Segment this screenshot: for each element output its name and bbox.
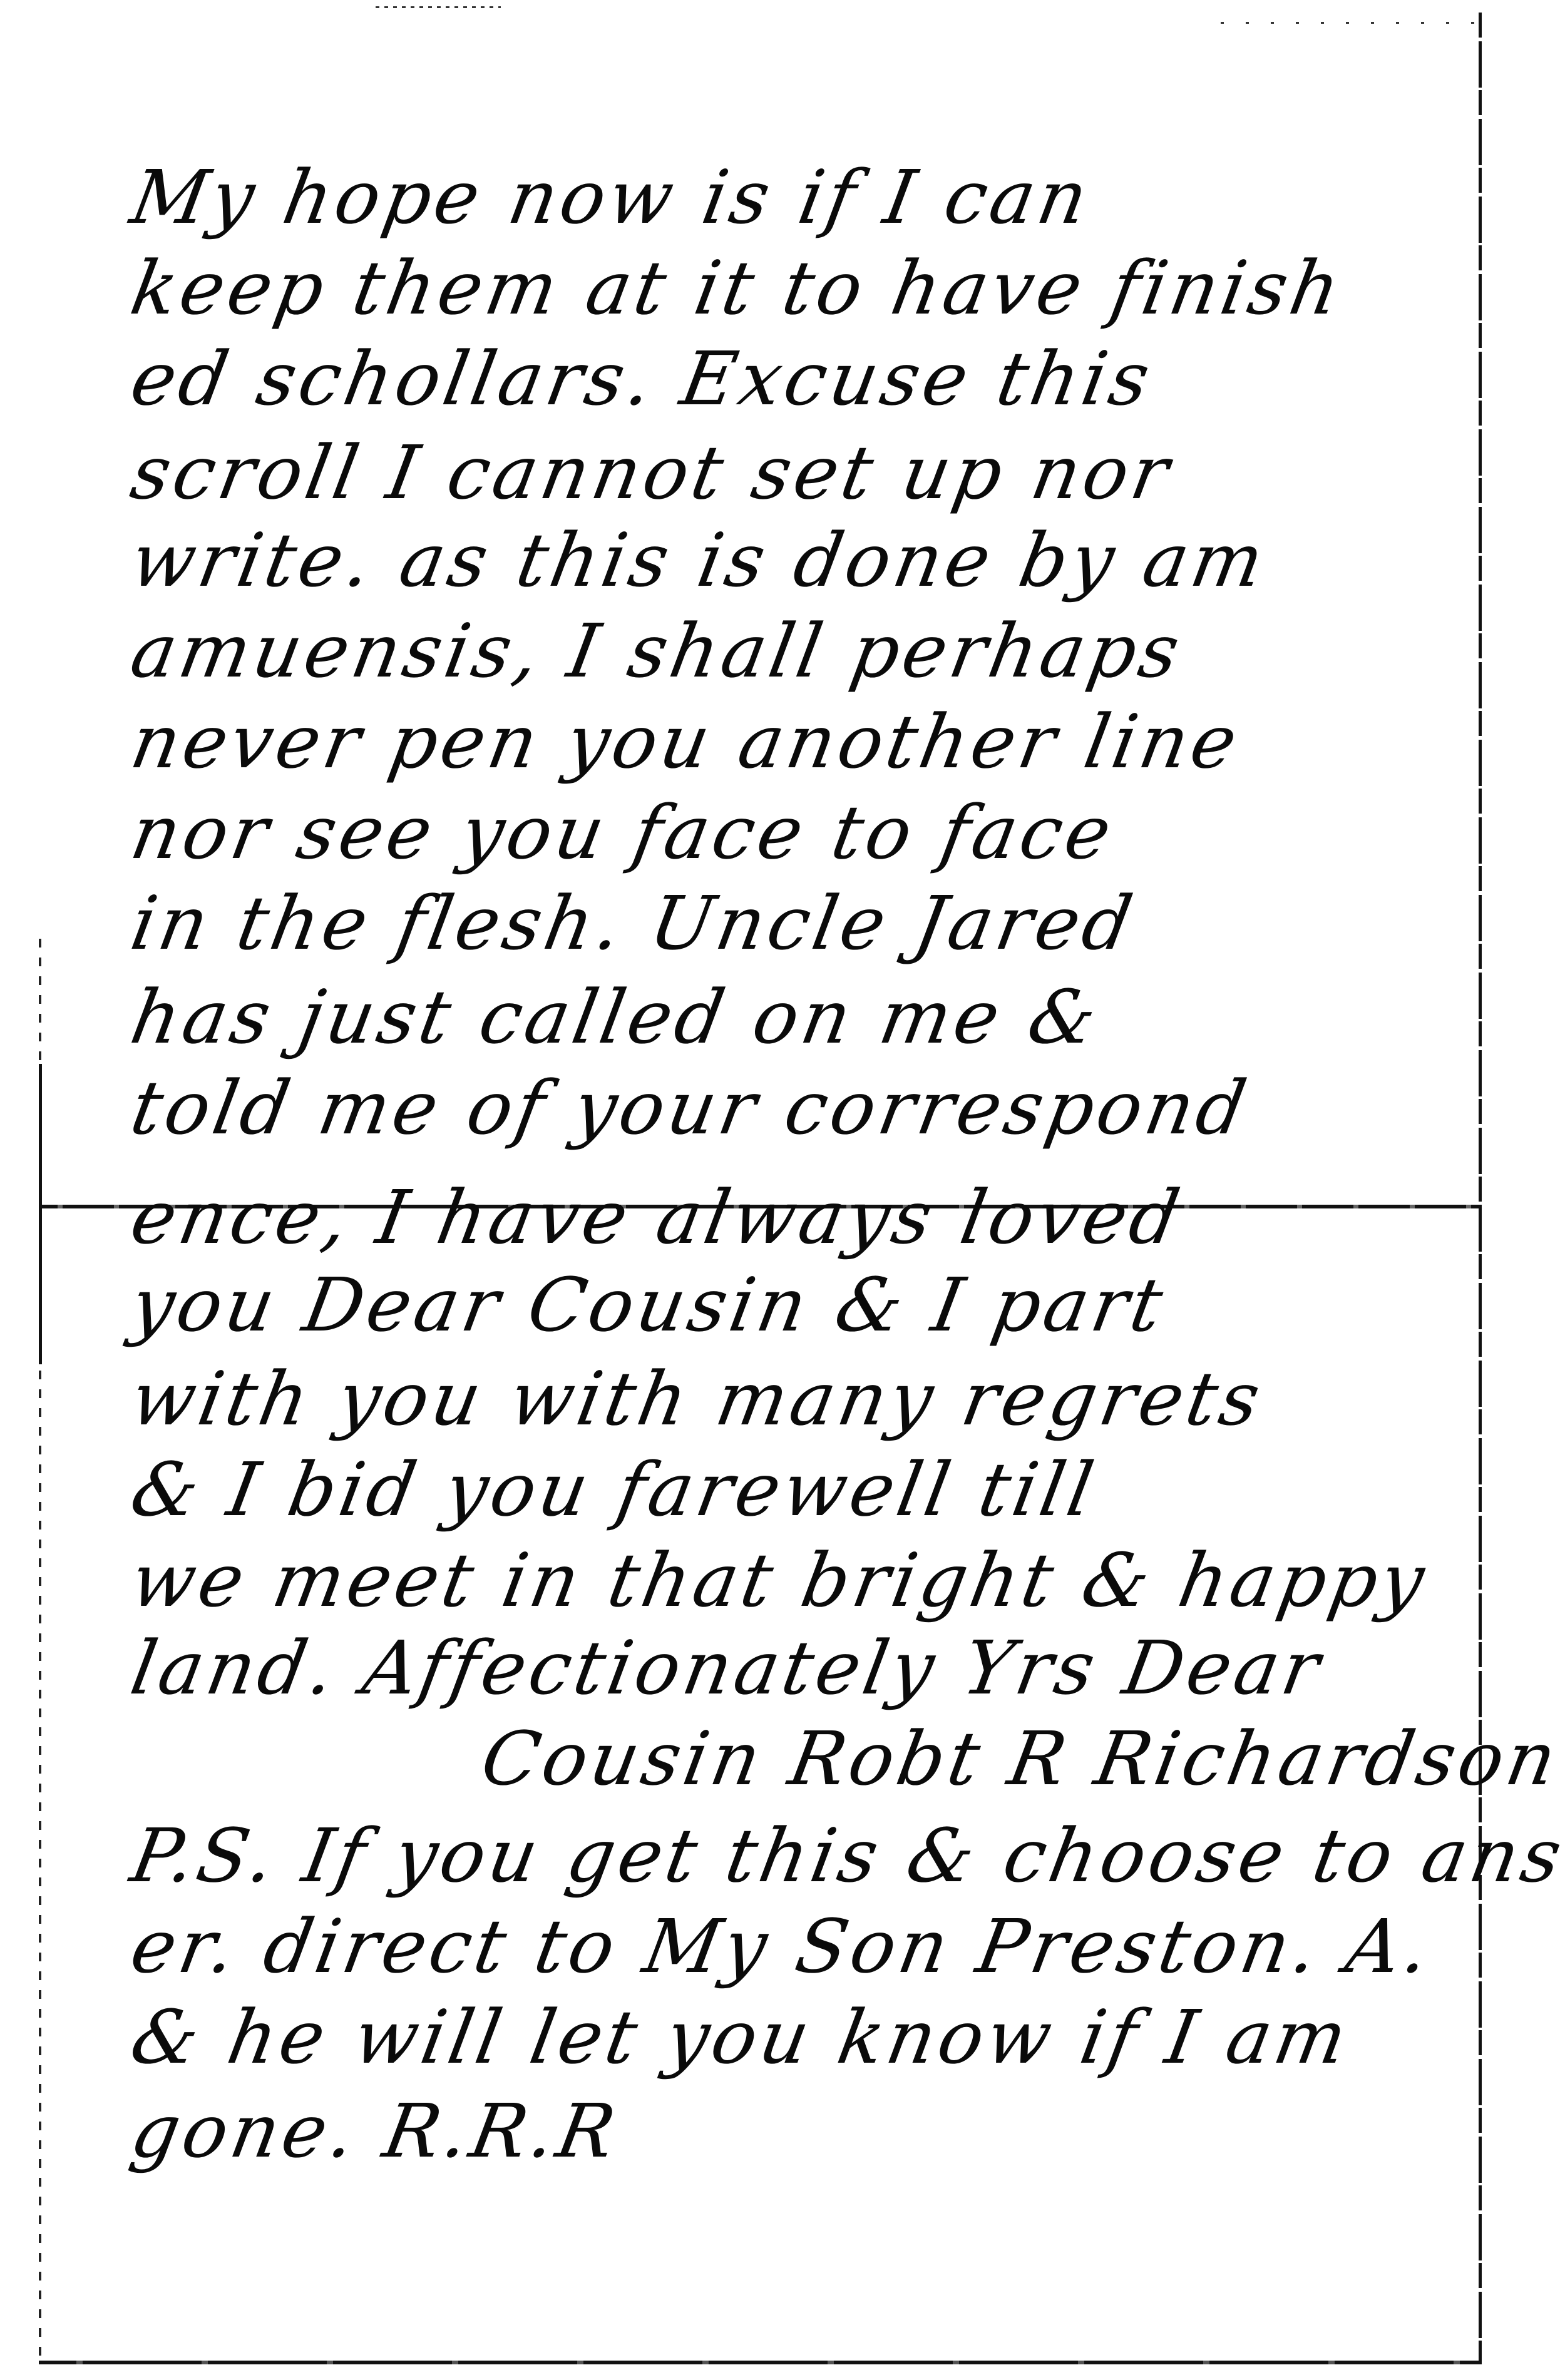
letter-line: you Dear Cousin & I part bbox=[125, 1264, 1492, 1346]
signature: Cousin Robt R Richardson bbox=[476, 1718, 1565, 1799]
postscript-line: & he will let you know if I am bbox=[125, 1996, 1492, 2078]
letter-line: write. as this is done by am bbox=[125, 519, 1492, 601]
page-edge-left-solid bbox=[39, 1064, 42, 1364]
letter-line: land. Affectionately Yrs Dear bbox=[125, 1627, 1492, 1708]
letter-line: with you with many regrets bbox=[125, 1358, 1492, 1439]
letter-line: nor see you face to face bbox=[125, 792, 1492, 873]
letter-line: ence, I have always loved bbox=[125, 1177, 1492, 1258]
scan-artifact bbox=[376, 6, 501, 8]
letter-line: keep them at it to have finish bbox=[125, 247, 1492, 329]
letter-line: ed schollars. Excuse this bbox=[125, 338, 1492, 419]
postscript-line: gone. R.R.R bbox=[125, 2090, 1492, 2172]
letter-line: never pen you another line bbox=[125, 701, 1492, 782]
scan-artifact bbox=[1221, 22, 1484, 24]
letter-page: My hope now is if I can keep them at it … bbox=[0, 0, 1565, 2380]
letter-line: we meet in that bright & happy bbox=[125, 1540, 1492, 1621]
page-edge-bottom bbox=[39, 2361, 1482, 2364]
letter-line: My hope now is if I can bbox=[125, 156, 1492, 238]
letter-line: amuensis, I shall perhaps bbox=[125, 610, 1492, 692]
letter-line: scroll I cannot set up nor bbox=[125, 432, 1492, 513]
postscript-line: er. direct to My Son Preston. A. bbox=[125, 1906, 1492, 1987]
postscript-line: P.S. If you get this & choose to answ bbox=[125, 1815, 1492, 1896]
letter-line: told me of your correspond bbox=[125, 1067, 1492, 1148]
letter-line: in the flesh. Uncle Jared bbox=[125, 882, 1492, 964]
letter-line: has just called on me & bbox=[125, 976, 1492, 1058]
letter-line: & I bid you farewell till bbox=[125, 1449, 1492, 1530]
